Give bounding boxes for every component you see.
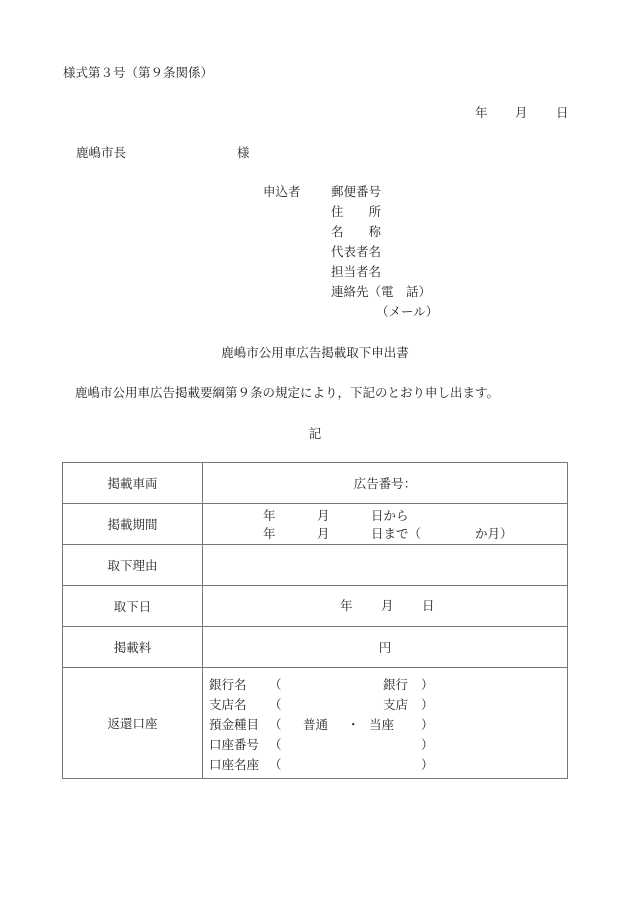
withdraw-date-label: 取下日 — [63, 586, 203, 627]
close-paren: ） — [421, 759, 434, 772]
address-label: 住 所 — [331, 206, 381, 219]
table-row-vehicle: 掲載車両 広告番号： — [63, 463, 568, 504]
period-from-year: 年 — [263, 510, 276, 523]
withdraw-date-cell[interactable]: 年 月 日 — [203, 586, 568, 627]
date-year: 年 — [475, 107, 488, 120]
open-paren: （ — [269, 759, 282, 772]
close-paren: ） — [421, 679, 434, 692]
body-text: 鹿嶋市公用車広告掲載要綱第９条の規定により，下記のとおり申し出ます。 — [75, 387, 499, 400]
bank-suffix: 銀行 — [383, 679, 408, 692]
open-paren: （ — [269, 699, 282, 712]
close-paren: ） — [421, 699, 434, 712]
applicant-label: 申込者 — [263, 186, 301, 199]
close-paren: ） — [421, 739, 434, 752]
vehicle-label: 掲載車両 — [63, 463, 203, 504]
account-holder-label: 口座名座 — [209, 759, 259, 772]
deposit-current-option[interactable]: 当座 — [369, 719, 394, 732]
yen-label: 円 — [379, 640, 392, 655]
open-paren: （ — [269, 679, 282, 692]
contact-person-label: 担当者名 — [331, 266, 381, 279]
period-label: 掲載期間 — [63, 504, 203, 545]
open-paren: （ — [269, 719, 282, 732]
period-cell[interactable]: 年 月 日から 年 月 日まで（ か月） — [203, 504, 568, 545]
deposit-ordinary-option[interactable]: 普通 — [303, 719, 328, 732]
fee-label: 掲載料 — [63, 627, 203, 668]
fee-cell[interactable]: 円 — [203, 627, 568, 668]
period-months: か月） — [475, 528, 513, 541]
period-to-year: 年 — [263, 528, 276, 541]
phone-label: 連絡先（電 話） — [331, 286, 431, 299]
period-from-day: 日から — [371, 510, 409, 523]
form-number: 様式第３号（第９条関係） — [63, 67, 213, 80]
document-title: 鹿嶋市公用車広告掲載取下申出書 — [0, 347, 630, 360]
ad-number-label: 広告番号： — [354, 476, 417, 491]
close-paren: ） — [421, 719, 434, 732]
date-day: 日 — [556, 107, 569, 120]
account-number-label: 口座番号 — [209, 739, 259, 752]
table-row-reason: 取下理由 — [63, 545, 568, 586]
postal-code-label: 郵便番号 — [331, 186, 381, 199]
refund-account-cell[interactable]: 銀行名 （ 銀行 ） 支店名 （ 支店 ） 預金種目 （ 普通 ・ 当座 ） 口… — [203, 668, 568, 779]
date-month: 月 — [515, 107, 528, 120]
table-row-period: 掲載期間 年 月 日から 年 月 日まで（ か月） — [63, 504, 568, 545]
period-to-day: 日まで（ — [371, 528, 421, 541]
representative-label: 代表者名 — [331, 246, 381, 259]
ad-number-cell[interactable]: 広告番号： — [203, 463, 568, 504]
branch-name-label: 支店名 — [209, 699, 247, 712]
open-paren: （ — [269, 739, 282, 752]
name-label: 名 称 — [331, 226, 381, 239]
reason-label: 取下理由 — [63, 545, 203, 586]
addressee-name: 鹿嶋市長 — [76, 147, 126, 160]
email-label: （メール） — [376, 306, 438, 319]
withdraw-year: 年 — [340, 600, 353, 613]
bank-name-label: 銀行名 — [209, 679, 247, 692]
option-separator: ・ — [347, 719, 360, 732]
addressee-honorific: 様 — [237, 147, 250, 160]
ki-heading: 記 — [0, 428, 630, 441]
withdraw-day: 日 — [422, 600, 435, 613]
table-row-refund-account: 返還口座 銀行名 （ 銀行 ） 支店名 （ 支店 ） 預金種目 （ 普通 ・ 当… — [63, 668, 568, 779]
branch-suffix: 支店 — [383, 699, 408, 712]
period-from-month: 月 — [317, 510, 330, 523]
table-row-withdraw-date: 取下日 年 月 日 — [63, 586, 568, 627]
withdraw-month: 月 — [381, 600, 394, 613]
period-to-month: 月 — [317, 528, 330, 541]
application-table: 掲載車両 広告番号： 掲載期間 年 月 日から 年 月 日まで（ か月） 取下理… — [62, 462, 568, 779]
table-row-fee: 掲載料 円 — [63, 627, 568, 668]
reason-cell[interactable] — [203, 545, 568, 586]
deposit-type-label: 預金種目 — [209, 719, 259, 732]
refund-account-label: 返還口座 — [63, 668, 203, 779]
